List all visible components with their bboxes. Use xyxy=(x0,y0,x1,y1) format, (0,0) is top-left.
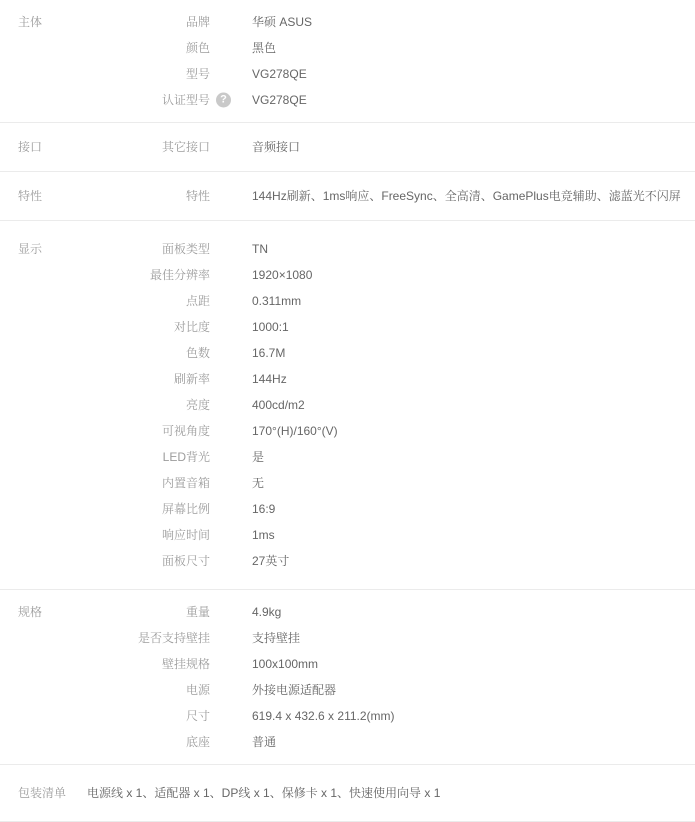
spec-section: 接口 其它接口 音频接口 xyxy=(0,123,695,172)
spec-label: 底座 xyxy=(130,729,210,755)
spec-label-text: 型号 xyxy=(186,67,210,81)
section-title: 主体 xyxy=(0,9,130,35)
spec-row: 响应时间 1ms xyxy=(130,522,695,548)
packing-list-value: 电源线 x 1、适配器 x 1、DP线 x 1、保修卡 x 1、快速使用向导 x… xyxy=(69,780,695,806)
spec-section: 显示 面板类型 TN 最佳分辨率 1920×1080 点距 0.311mm 对比… xyxy=(0,221,695,590)
spec-label: 面板尺寸 xyxy=(130,548,210,574)
section-title: 规格 xyxy=(0,599,130,625)
product-spec-table: 主体 品牌 华硕 ASUS 颜色 黑色 型号 VG278QE 认证型号 ? VG… xyxy=(0,0,695,822)
spec-value: 16.7M xyxy=(210,340,695,366)
spec-value: 无 xyxy=(210,470,695,496)
spec-label-text: 电源 xyxy=(186,683,210,697)
spec-section: 主体 品牌 华硕 ASUS 颜色 黑色 型号 VG278QE 认证型号 ? VG… xyxy=(0,0,695,123)
spec-label: 面板类型 xyxy=(130,236,210,262)
spec-label: 电源 xyxy=(130,677,210,703)
spec-row: 点距 0.311mm xyxy=(130,288,695,314)
spec-row: 特性 144Hz刷新、1ms响应、FreeSync、全高清、GamePlus电竞… xyxy=(130,183,695,209)
spec-row: 其它接口 音频接口 xyxy=(130,134,695,160)
spec-value: VG278QE xyxy=(210,87,695,113)
spec-label-text: 其它接口 xyxy=(162,140,210,154)
spec-label: 可视角度 xyxy=(130,418,210,444)
spec-value: 普通 xyxy=(210,729,695,755)
spec-label-text: 是否支持壁挂 xyxy=(138,631,210,645)
spec-label-text: 尺寸 xyxy=(186,709,210,723)
spec-row: 内置音箱 无 xyxy=(130,470,695,496)
spec-label: 刷新率 xyxy=(130,366,210,392)
section-title: 特性 xyxy=(0,183,130,209)
spec-section: 规格 重量 4.9kg 是否支持壁挂 支持壁挂 壁挂规格 100x100mm 电… xyxy=(0,590,695,765)
spec-label-text: 可视角度 xyxy=(162,424,210,438)
spec-value: TN xyxy=(210,236,695,262)
spec-value: 是 xyxy=(210,444,695,470)
help-question-icon[interactable]: ? xyxy=(216,93,231,108)
spec-label: 型号 xyxy=(130,61,210,87)
spec-value: 1ms xyxy=(210,522,695,548)
spec-label-text: 对比度 xyxy=(174,320,210,334)
spec-label-text: 刷新率 xyxy=(174,372,210,386)
spec-label-text: 点距 xyxy=(186,294,210,308)
spec-label: 屏幕比例 xyxy=(130,496,210,522)
spec-value: 4.9kg xyxy=(210,599,695,625)
spec-value: 144Hz刷新、1ms响应、FreeSync、全高清、GamePlus电竞辅助、… xyxy=(210,183,695,209)
spec-value: 华硕 ASUS xyxy=(210,9,695,35)
spec-label-text: 响应时间 xyxy=(162,528,210,542)
spec-row: 电源 外接电源适配器 xyxy=(130,677,695,703)
spec-row: 型号 VG278QE xyxy=(130,61,695,87)
spec-label: 特性 xyxy=(130,183,210,209)
spec-value: 100x100mm xyxy=(210,651,695,677)
spec-label-text: 最佳分辨率 xyxy=(150,268,210,282)
spec-label-text: 品牌 xyxy=(186,15,210,29)
spec-label: 是否支持壁挂 xyxy=(130,625,210,651)
spec-row: 尺寸 619.4 x 432.6 x 211.2(mm) xyxy=(130,703,695,729)
spec-label: 尺寸 xyxy=(130,703,210,729)
spec-label-text: 内置音箱 xyxy=(162,476,210,490)
spec-row: 壁挂规格 100x100mm xyxy=(130,651,695,677)
spec-value: 外接电源适配器 xyxy=(210,677,695,703)
section-title: 接口 xyxy=(0,134,130,160)
spec-rows: 其它接口 音频接口 xyxy=(130,134,695,160)
spec-label: LED背光 xyxy=(130,444,210,470)
spec-row: 面板类型 TN xyxy=(130,236,695,262)
spec-rows: 重量 4.9kg 是否支持壁挂 支持壁挂 壁挂规格 100x100mm 电源 外… xyxy=(130,599,695,755)
spec-value: 170°(H)/160°(V) xyxy=(210,418,695,444)
spec-label-text: LED背光 xyxy=(163,450,210,464)
spec-label: 壁挂规格 xyxy=(130,651,210,677)
spec-row: 重量 4.9kg xyxy=(130,599,695,625)
spec-label: 色数 xyxy=(130,340,210,366)
spec-label: 点距 xyxy=(130,288,210,314)
spec-row: 认证型号 ? VG278QE xyxy=(130,87,695,113)
spec-label: 重量 xyxy=(130,599,210,625)
section-title: 显示 xyxy=(0,236,130,262)
spec-row: 屏幕比例 16:9 xyxy=(130,496,695,522)
spec-row: 对比度 1000:1 xyxy=(130,314,695,340)
spec-row: 刷新率 144Hz xyxy=(130,366,695,392)
spec-value: 144Hz xyxy=(210,366,695,392)
spec-label: 对比度 xyxy=(130,314,210,340)
section-title: 包装清单 xyxy=(0,780,69,806)
spec-label: 其它接口 xyxy=(130,134,210,160)
spec-label: 颜色 xyxy=(130,35,210,61)
spec-row: 面板尺寸 27英寸 xyxy=(130,548,695,574)
spec-value: 支持壁挂 xyxy=(210,625,695,651)
spec-value: 1920×1080 xyxy=(210,262,695,288)
spec-row: 最佳分辨率 1920×1080 xyxy=(130,262,695,288)
spec-value: 黑色 xyxy=(210,35,695,61)
spec-section: 特性 特性 144Hz刷新、1ms响应、FreeSync、全高清、GamePlu… xyxy=(0,172,695,221)
spec-value: 619.4 x 432.6 x 211.2(mm) xyxy=(210,703,695,729)
spec-row: 底座 普通 xyxy=(130,729,695,755)
spec-value: 0.311mm xyxy=(210,288,695,314)
spec-label-text: 壁挂规格 xyxy=(162,657,210,671)
spec-row: 是否支持壁挂 支持壁挂 xyxy=(130,625,695,651)
spec-label-text: 色数 xyxy=(186,346,210,360)
spec-rows: 面板类型 TN 最佳分辨率 1920×1080 点距 0.311mm 对比度 1… xyxy=(130,236,695,574)
spec-row: LED背光 是 xyxy=(130,444,695,470)
spec-label: 品牌 xyxy=(130,9,210,35)
spec-label: 亮度 xyxy=(130,392,210,418)
spec-value: VG278QE xyxy=(210,61,695,87)
spec-row: 亮度 400cd/m2 xyxy=(130,392,695,418)
spec-label: 响应时间 xyxy=(130,522,210,548)
spec-value: 1000:1 xyxy=(210,314,695,340)
spec-row: 可视角度 170°(H)/160°(V) xyxy=(130,418,695,444)
spec-label-text: 重量 xyxy=(186,605,210,619)
spec-label-text: 特性 xyxy=(186,189,210,203)
spec-row: 色数 16.7M xyxy=(130,340,695,366)
spec-label: 认证型号 ? xyxy=(130,87,210,113)
spec-label-text: 亮度 xyxy=(186,398,210,412)
spec-rows: 品牌 华硕 ASUS 颜色 黑色 型号 VG278QE 认证型号 ? VG278… xyxy=(130,9,695,113)
spec-label-text: 屏幕比例 xyxy=(162,502,210,516)
spec-label-text: 认证型号 xyxy=(162,93,210,107)
spec-row: 颜色 黑色 xyxy=(130,35,695,61)
packing-list-section: 包装清单 电源线 x 1、适配器 x 1、DP线 x 1、保修卡 x 1、快速使… xyxy=(0,765,695,822)
spec-label-text: 底座 xyxy=(186,735,210,749)
spec-rows: 特性 144Hz刷新、1ms响应、FreeSync、全高清、GamePlus电竞… xyxy=(130,183,695,209)
spec-label-text: 面板尺寸 xyxy=(162,554,210,568)
spec-value: 16:9 xyxy=(210,496,695,522)
spec-label-text: 颜色 xyxy=(186,41,210,55)
spec-label: 内置音箱 xyxy=(130,470,210,496)
spec-value: 400cd/m2 xyxy=(210,392,695,418)
spec-value: 音频接口 xyxy=(210,134,695,160)
spec-value: 27英寸 xyxy=(210,548,695,574)
spec-row: 品牌 华硕 ASUS xyxy=(130,9,695,35)
spec-label-text: 面板类型 xyxy=(162,242,210,256)
spec-label: 最佳分辨率 xyxy=(130,262,210,288)
